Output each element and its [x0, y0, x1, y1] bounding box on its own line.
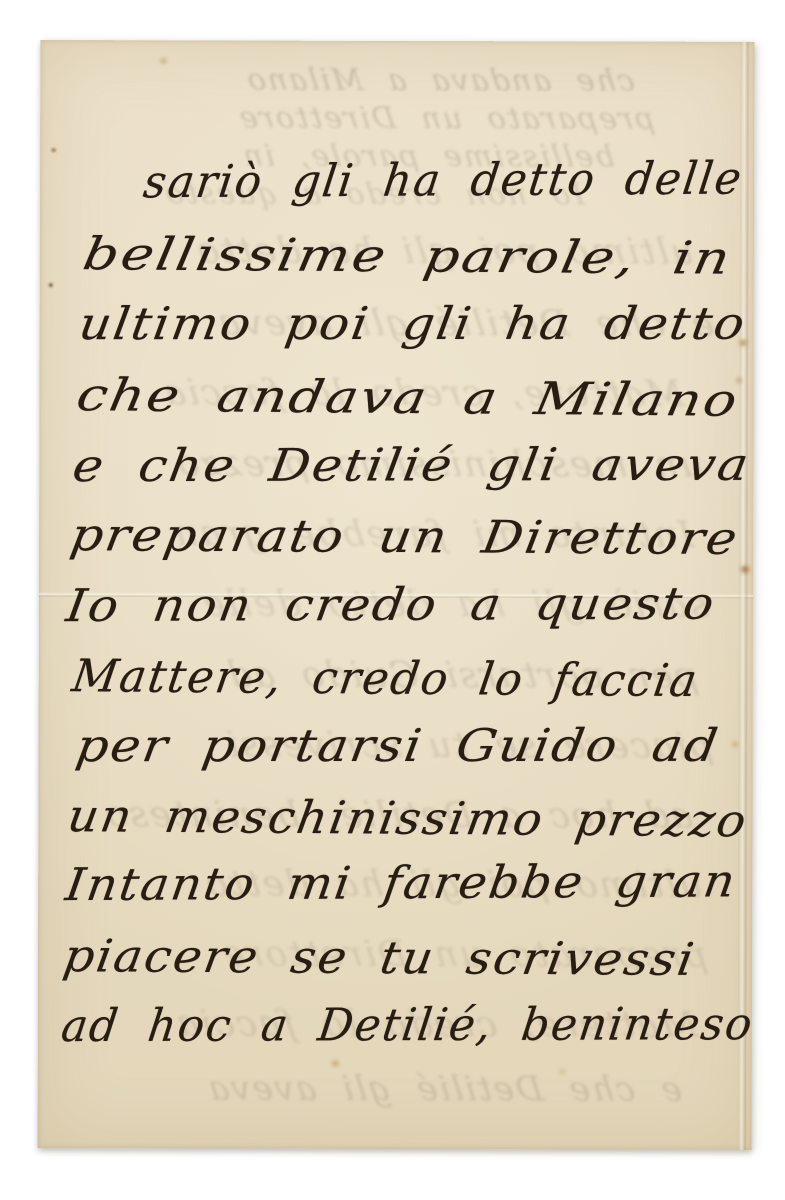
letter-paper: che andava a Milanopreparato un Direttor… — [38, 40, 755, 1150]
handwriting-line-9: per portarsi Guido ad — [72, 719, 723, 772]
handwriting-line-2: bellissime parole, in — [79, 227, 736, 284]
handwriting-line-12: piacere se tu scrivessi — [60, 929, 699, 986]
handwriting-line-7: Io non credo a questo — [63, 577, 719, 632]
handwriting-line-6: preparato un Direttore — [67, 508, 743, 565]
handwriting-line-8: Mattere, credo lo faccia — [69, 649, 702, 707]
handwriting-line-13: ad hoc a Detilié, beninteso — [58, 997, 754, 1052]
handwriting-line-10: un meschinissimo prezzo — [64, 789, 751, 847]
handwriting-line-4: che andava a Milano — [73, 368, 744, 427]
handwriting-line-5: e che Detilié gli aveva — [69, 438, 754, 492]
handwriting-line-1: sariò gli ha detto delle — [141, 152, 747, 209]
photo-background: che andava a Milanopreparato un Direttor… — [0, 0, 785, 1200]
handwriting-line-3: ultimo poi gli ha detto — [76, 297, 751, 350]
handwriting-layer: sariò gli ha detto delle bellissime paro… — [38, 40, 755, 1150]
handwriting-line-11: Intanto mi farebbe gran — [62, 854, 740, 911]
